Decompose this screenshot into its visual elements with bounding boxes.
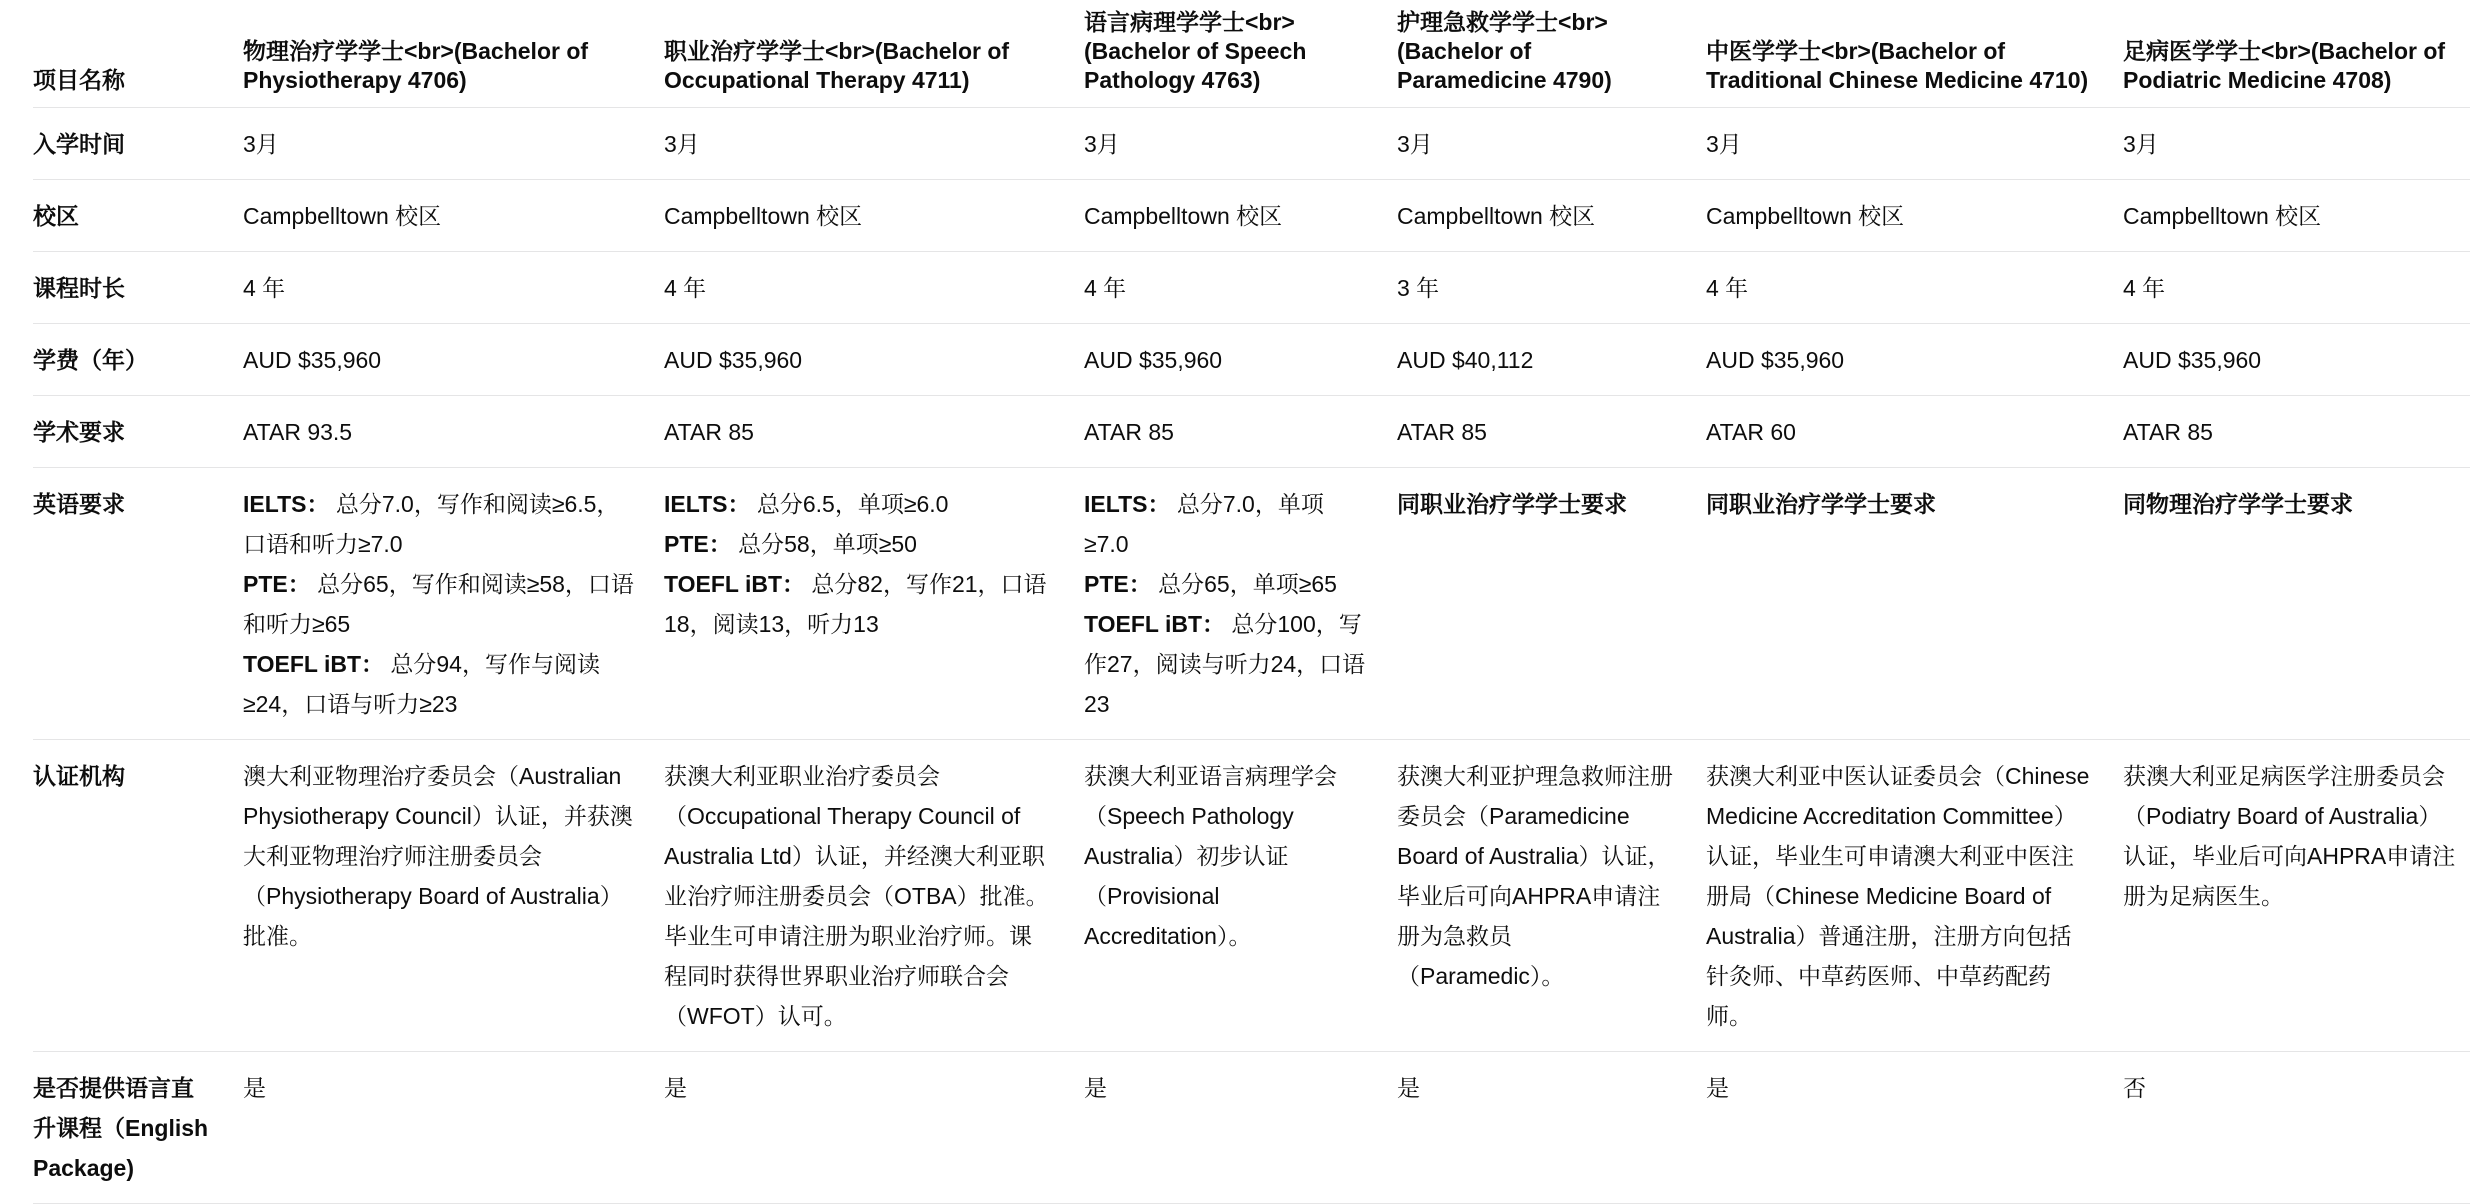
cell-accreditation-1: 澳大利亚物理治疗委员会（Australian Physiotherapy Cou… <box>243 740 664 1052</box>
row-label: 是否提供语言直升课程（English Package) <box>33 1052 243 1204</box>
row-label: 校区 <box>33 180 243 252</box>
comparison-table: 项目名称物理治疗学学士<br>(Bachelor of Physiotherap… <box>33 0 2470 1204</box>
cell-english-package-6: 否 <box>2123 1052 2470 1204</box>
row-label: 学术要求 <box>33 396 243 468</box>
cell-english-package-3: 是 <box>1084 1052 1397 1204</box>
test-name: PTE： <box>664 531 732 557</box>
cell-accreditation-6: 获澳大利亚足病医学注册委员会（Podiatry Board of Austral… <box>2123 740 2470 1052</box>
program-header: 物理治疗学学士<br>(Bachelor of Physiotherapy 47… <box>243 0 664 108</box>
table-row-tuition: 学费（年）AUD $35,960AUD $35,960AUD $35,960AU… <box>33 324 2470 396</box>
requirement-line: IELTS： 总分7.0，写作和阅读≥6.5，口语和听力≥7.0 <box>243 484 634 564</box>
cell-tuition-3: AUD $35,960 <box>1084 324 1397 396</box>
test-name: PTE： <box>243 571 311 597</box>
program-header: 职业治疗学学士<br>(Bachelor of Occupational The… <box>664 0 1084 108</box>
row-label: 入学时间 <box>33 108 243 180</box>
cell-campus-3: Campbelltown 校区 <box>1084 180 1397 252</box>
cell-english-5: 同职业治疗学学士要求 <box>1706 468 2123 740</box>
cell-english-4: 同职业治疗学学士要求 <box>1397 468 1706 740</box>
table-body: 入学时间3月3月3月3月3月3月校区Campbelltown 校区Campbel… <box>33 108 2470 1204</box>
cell-english-package-2: 是 <box>664 1052 1084 1204</box>
cell-academic-1: ATAR 93.5 <box>243 396 664 468</box>
program-header: 语言病理学学士<br>(Bachelor of Speech Pathology… <box>1084 0 1397 108</box>
test-requirement: 总分58，单项≥50 <box>738 531 917 557</box>
cell-duration-3: 4 年 <box>1084 252 1397 324</box>
cell-english-6: 同物理治疗学学士要求 <box>2123 468 2470 740</box>
requirement-line: IELTS： 总分6.5，单项≥6.0 <box>664 484 1054 524</box>
cell-academic-6: ATAR 85 <box>2123 396 2470 468</box>
table-row-english-package: 是否提供语言直升课程（English Package)是是是是是否 <box>33 1052 2470 1204</box>
cell-campus-1: Campbelltown 校区 <box>243 180 664 252</box>
test-name: IELTS： <box>1084 491 1170 517</box>
requirement-line: PTE： 总分58，单项≥50 <box>664 524 1054 564</box>
requirement-line: TOEFL iBT： 总分94，写作与阅读≥24，口语与听力≥23 <box>243 644 634 724</box>
cell-campus-4: Campbelltown 校区 <box>1397 180 1706 252</box>
row-label: 英语要求 <box>33 468 243 740</box>
cell-campus-6: Campbelltown 校区 <box>2123 180 2470 252</box>
cell-intake-5: 3月 <box>1706 108 2123 180</box>
row-label: 课程时长 <box>33 252 243 324</box>
cell-academic-3: ATAR 85 <box>1084 396 1397 468</box>
cell-english-package-1: 是 <box>243 1052 664 1204</box>
cell-accreditation-2: 获澳大利亚职业治疗委员会（Occupational Therapy Counci… <box>664 740 1084 1052</box>
cell-accreditation-5: 获澳大利亚中医认证委员会（Chinese Medicine Accreditat… <box>1706 740 2123 1052</box>
cell-academic-5: ATAR 60 <box>1706 396 2123 468</box>
cell-academic-2: ATAR 85 <box>664 396 1084 468</box>
cell-tuition-2: AUD $35,960 <box>664 324 1084 396</box>
table-row-duration: 课程时长4 年4 年4 年3 年4 年4 年 <box>33 252 2470 324</box>
cell-duration-5: 4 年 <box>1706 252 2123 324</box>
cell-campus-5: Campbelltown 校区 <box>1706 180 2123 252</box>
test-name: PTE： <box>1084 571 1152 597</box>
cell-duration-2: 4 年 <box>664 252 1084 324</box>
requirement-line: TOEFL iBT： 总分100，写作27，阅读与听力24，口语23 <box>1084 604 1367 724</box>
program-header: 护理急救学学士<br>(Bachelor of Paramedicine 479… <box>1397 0 1706 108</box>
requirement-line: PTE： 总分65，写作和阅读≥58，口语和听力≥65 <box>243 564 634 644</box>
cell-tuition-6: AUD $35,960 <box>2123 324 2470 396</box>
cell-english-package-5: 是 <box>1706 1052 2123 1204</box>
cell-intake-4: 3月 <box>1397 108 1706 180</box>
program-comparison-page: 项目名称物理治疗学学士<br>(Bachelor of Physiotherap… <box>0 0 2470 1204</box>
test-requirement: 总分65，单项≥65 <box>1158 571 1337 597</box>
cell-english-3: IELTS： 总分7.0，单项≥7.0PTE： 总分65，单项≥65TOEFL … <box>1084 468 1397 740</box>
requirement-line: TOEFL iBT： 总分82，写作21，口语18，阅读13，听力13 <box>664 564 1054 644</box>
test-name: TOEFL iBT： <box>1084 611 1225 637</box>
table-row-campus: 校区Campbelltown 校区Campbelltown 校区Campbell… <box>33 180 2470 252</box>
cell-intake-2: 3月 <box>664 108 1084 180</box>
row-label-header: 项目名称 <box>33 0 243 108</box>
same-as-note: 同物理治疗学学士要求 <box>2123 491 2353 517</box>
cell-duration-1: 4 年 <box>243 252 664 324</box>
table-row-intake: 入学时间3月3月3月3月3月3月 <box>33 108 2470 180</box>
cell-accreditation-4: 获澳大利亚护理急救师注册委员会（Paramedicine Board of Au… <box>1397 740 1706 1052</box>
cell-intake-1: 3月 <box>243 108 664 180</box>
cell-campus-2: Campbelltown 校区 <box>664 180 1084 252</box>
same-as-note: 同职业治疗学学士要求 <box>1397 491 1627 517</box>
table-row-accreditation: 认证机构澳大利亚物理治疗委员会（Australian Physiotherapy… <box>33 740 2470 1052</box>
cell-tuition-5: AUD $35,960 <box>1706 324 2123 396</box>
table-head: 项目名称物理治疗学学士<br>(Bachelor of Physiotherap… <box>33 0 2470 108</box>
cell-english-1: IELTS： 总分7.0，写作和阅读≥6.5，口语和听力≥7.0PTE： 总分6… <box>243 468 664 740</box>
test-requirement: 总分6.5，单项≥6.0 <box>757 491 949 517</box>
cell-intake-6: 3月 <box>2123 108 2470 180</box>
program-header: 中医学学士<br>(Bachelor of Traditional Chines… <box>1706 0 2123 108</box>
same-as-note: 同职业治疗学学士要求 <box>1706 491 1936 517</box>
header-row: 项目名称物理治疗学学士<br>(Bachelor of Physiotherap… <box>33 0 2470 108</box>
table-row-academic: 学术要求ATAR 93.5ATAR 85ATAR 85ATAR 85ATAR 6… <box>33 396 2470 468</box>
cell-accreditation-3: 获澳大利亚语言病理学会（Speech Pathology Australia）初… <box>1084 740 1397 1052</box>
table-row-english: 英语要求IELTS： 总分7.0，写作和阅读≥6.5，口语和听力≥7.0PTE：… <box>33 468 2470 740</box>
cell-english-2: IELTS： 总分6.5，单项≥6.0PTE： 总分58，单项≥50TOEFL … <box>664 468 1084 740</box>
cell-duration-6: 4 年 <box>2123 252 2470 324</box>
cell-english-package-4: 是 <box>1397 1052 1706 1204</box>
test-name: TOEFL iBT： <box>243 651 384 677</box>
test-name: IELTS： <box>664 491 750 517</box>
requirement-line: IELTS： 总分7.0，单项≥7.0 <box>1084 484 1367 564</box>
cell-intake-3: 3月 <box>1084 108 1397 180</box>
cell-duration-4: 3 年 <box>1397 252 1706 324</box>
test-name: TOEFL iBT： <box>664 571 805 597</box>
cell-tuition-1: AUD $35,960 <box>243 324 664 396</box>
cell-academic-4: ATAR 85 <box>1397 396 1706 468</box>
row-label: 学费（年） <box>33 324 243 396</box>
row-label: 认证机构 <box>33 740 243 1052</box>
test-name: IELTS： <box>243 491 329 517</box>
requirement-line: PTE： 总分65，单项≥65 <box>1084 564 1367 604</box>
program-header: 足病医学学士<br>(Bachelor of Podiatric Medicin… <box>2123 0 2470 108</box>
cell-tuition-4: AUD $40,112 <box>1397 324 1706 396</box>
